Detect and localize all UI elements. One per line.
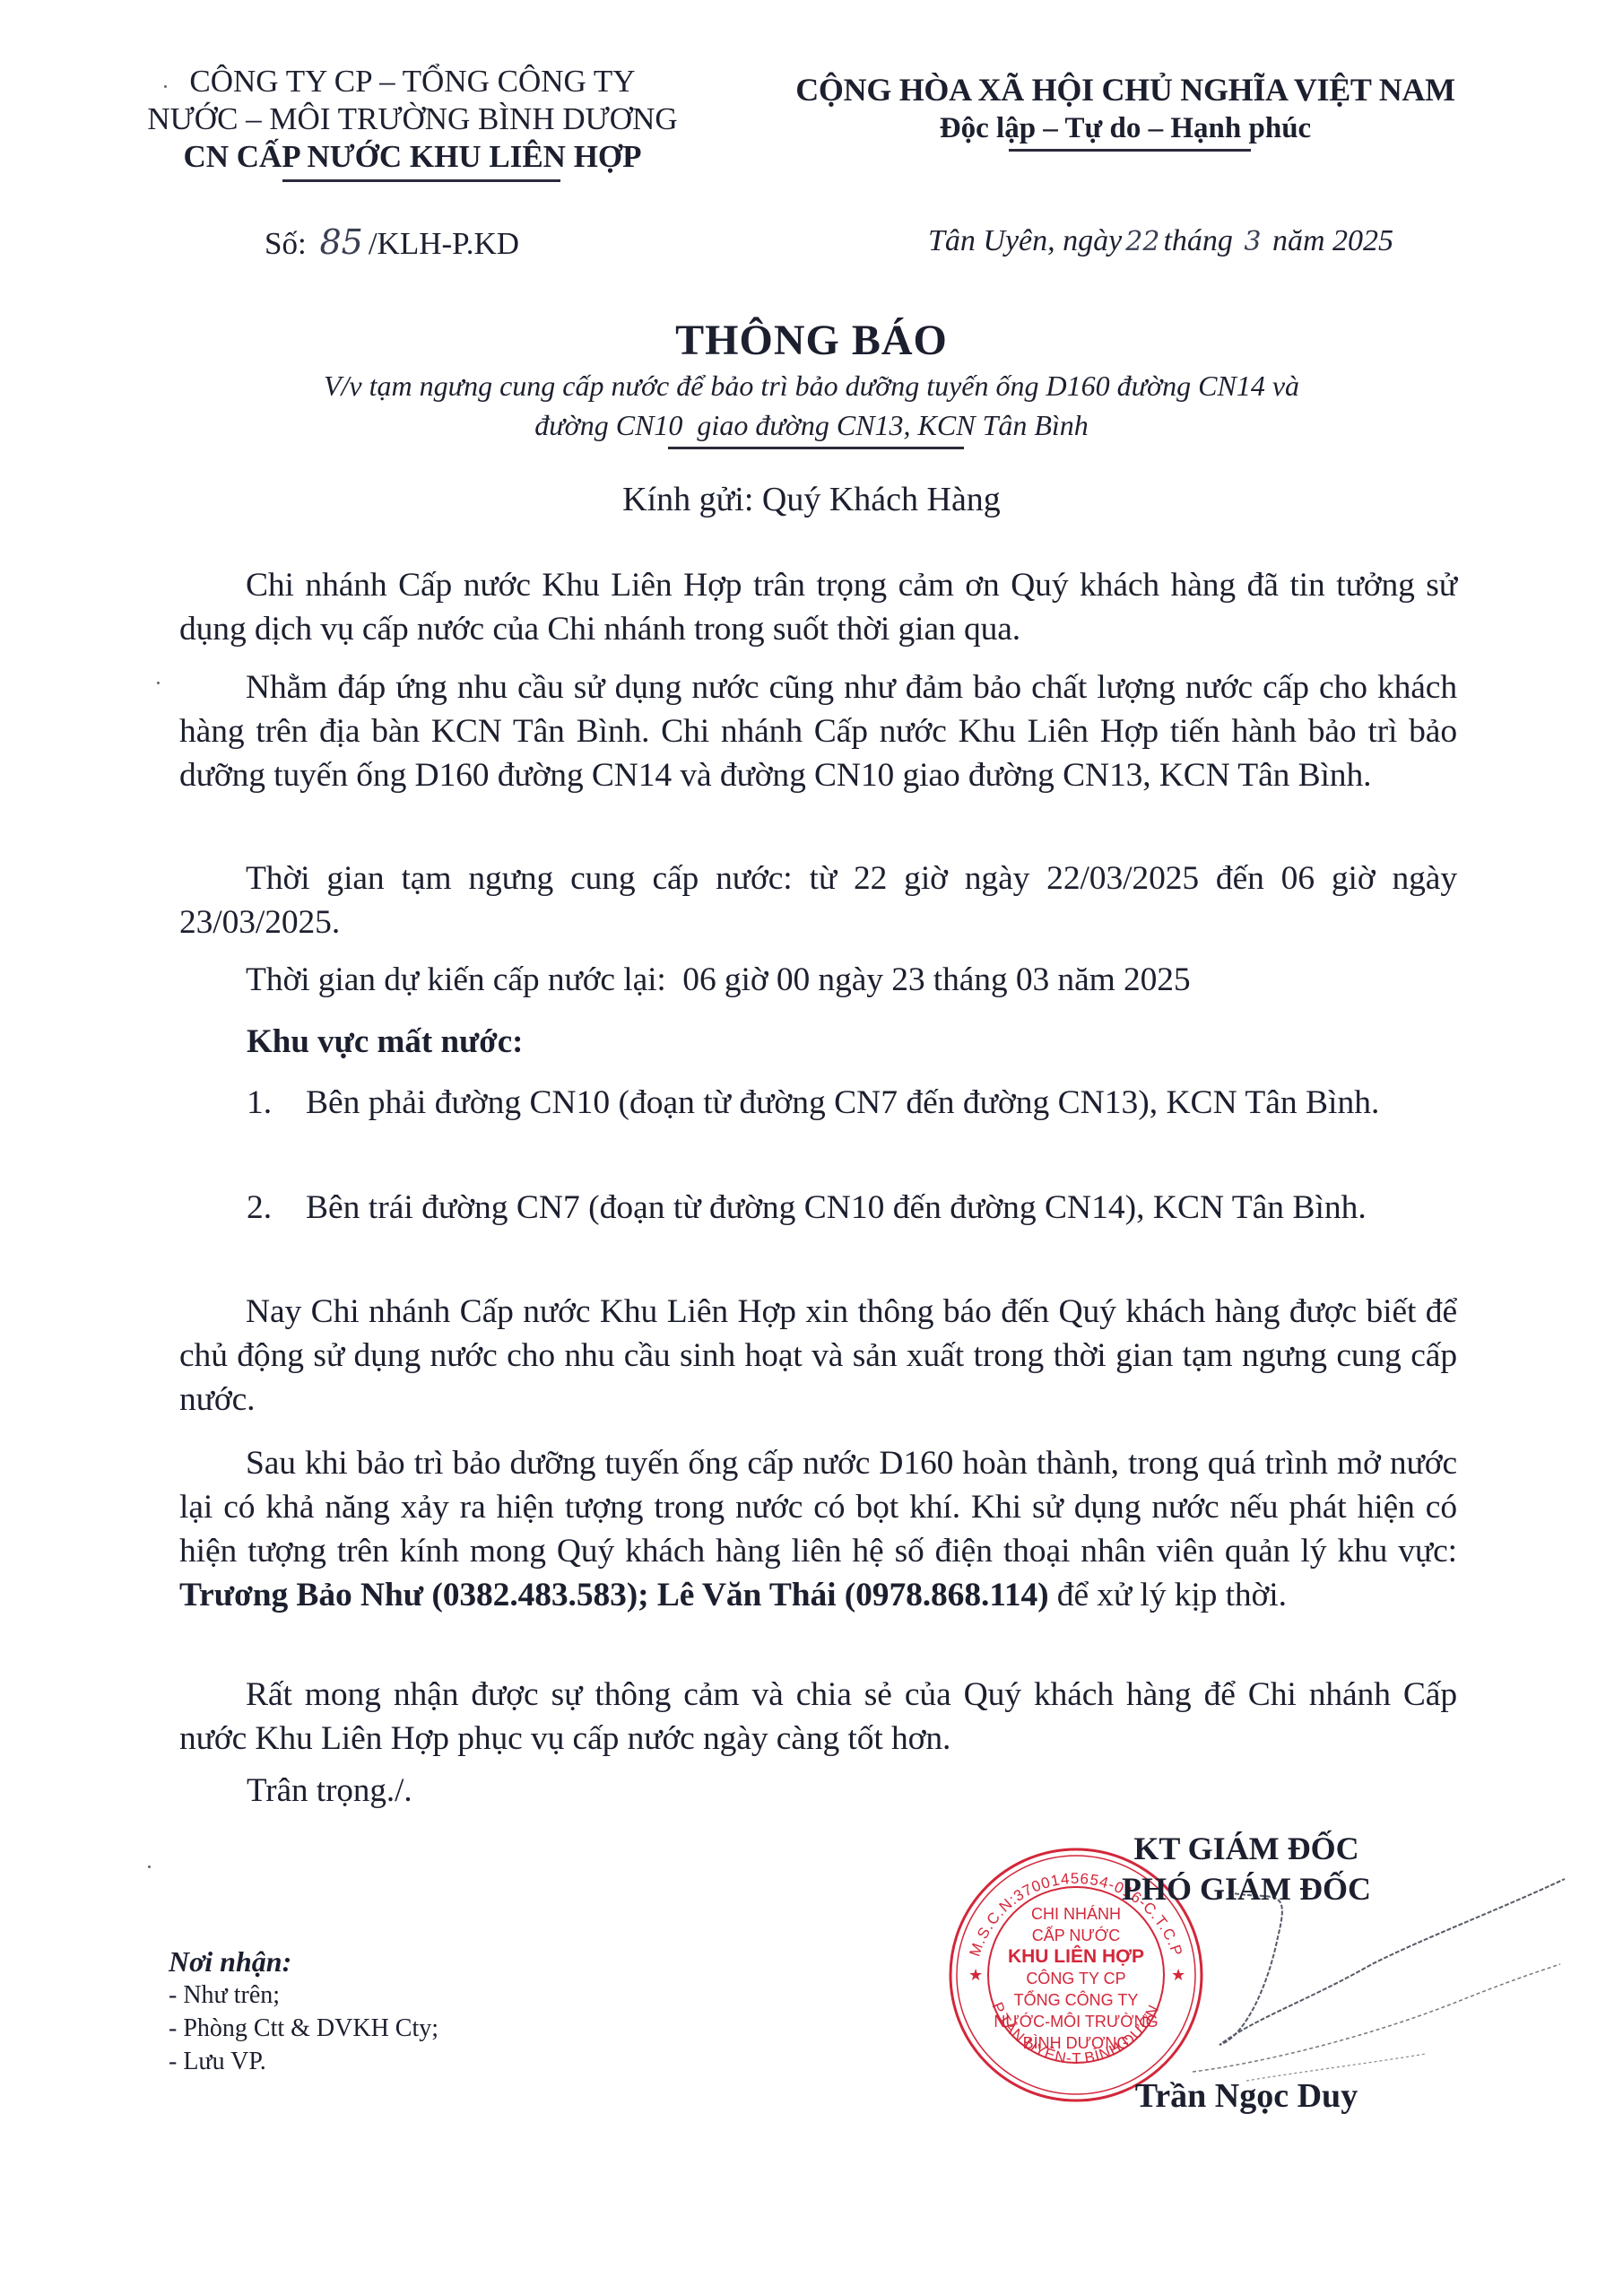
svg-text:KHU LIÊN HỢP: KHU LIÊN HỢP (1008, 1945, 1144, 1967)
signer-title-1: KT GIÁM ĐỐC (1022, 1830, 1471, 1867)
motto-underline (1009, 149, 1251, 152)
subject-line-2: đường CN10 giao đường CN13, KCN Tân Bình (269, 405, 1354, 445)
handwritten-number: 85 (319, 222, 362, 262)
org-line-3: CN CẤP NƯỚC KHU LIÊN HỢP (117, 138, 708, 176)
date-place: Tân Uyên, ngày (928, 224, 1122, 257)
item-text: Bên trái đường CN7 (đoạn từ đường CN10 đ… (306, 1186, 1457, 1230)
affected-area-heading: Khu vực mất nước: (247, 1022, 523, 1061)
document-date: Tân Uyên, ngày22tháng 3 năm 2025 (928, 224, 1393, 258)
paragraph-contact: Sau khi bảo trì bảo dưỡng tuyến ống cấp … (179, 1441, 1457, 1617)
item-number: 2. (247, 1186, 272, 1230)
subject-underline (668, 447, 964, 449)
handwritten-day: 22 (1125, 226, 1159, 257)
svg-text:★: ★ (968, 1966, 983, 1985)
paragraph-restore-time: Thời gian dự kiến cấp nước lại: 06 giờ 0… (179, 958, 1457, 1002)
number-prefix: Số: (265, 226, 307, 261)
affected-area-item: 1. Bên phải đường CN10 (đoạn từ đường CN… (247, 1081, 1457, 1125)
national-motto-block: CỘNG HÒA XÃ HỘI CHỦ NGHĨA VIỆT NAM Độc l… (771, 70, 1480, 152)
org-line-1: CÔNG TY CP – TỔNG CÔNG TY (117, 63, 708, 100)
recipients-heading: Nơi nhận: (169, 1944, 438, 1979)
svg-text:BÌNH DƯƠNG: BÌNH DƯƠNG (1023, 2034, 1130, 2052)
recipient-item: - Lưu VP. (169, 2045, 438, 2078)
paragraph-thanks: Chi nhánh Cấp nước Khu Liên Hợp trân trọ… (179, 563, 1457, 651)
document-subject: V/v tạm ngưng cung cấp nước để bảo trì b… (269, 366, 1354, 445)
paragraph-closing-wish: Rất mong nhận được sự thông cảm và chia … (179, 1673, 1457, 1761)
svg-text:TỔNG CÔNG TY: TỔNG CÔNG TY (1014, 1990, 1139, 2009)
contact-persons: Trương Bảo Như (0382.483.583); Lê Văn Th… (179, 1577, 1049, 1613)
contact-tail: để xử lý kịp thời. (1049, 1577, 1287, 1613)
svg-text:CẤP NƯỚC: CẤP NƯỚC (1032, 1926, 1121, 1944)
recipient-item: - Như trên; (169, 1979, 438, 2012)
svg-text:CÔNG TY CP: CÔNG TY CP (1026, 1969, 1125, 1987)
item-number: 1. (247, 1081, 272, 1125)
paragraph-notice: Nay Chi nhánh Cấp nước Khu Liên Hợp xin … (179, 1290, 1457, 1422)
signer-title-2: PHÓ GIÁM ĐỐC (1022, 1870, 1471, 1908)
svg-text:★: ★ (1171, 1966, 1185, 1985)
org-line-2: NƯỚC – MÔI TRƯỜNG BÌNH DƯƠNG (117, 100, 708, 138)
subject-line-1: V/v tạm ngưng cung cấp nước để bảo trì b… (269, 366, 1354, 405)
issuing-organization-block: CÔNG TY CP – TỔNG CÔNG TY NƯỚC – MÔI TRƯ… (117, 63, 708, 182)
org-underline (282, 179, 560, 182)
svg-text:CHI NHÁNH: CHI NHÁNH (1031, 1905, 1121, 1923)
affected-area-item: 2. Bên trái đường CN7 (đoạn từ đường CN1… (247, 1186, 1457, 1230)
closing-phrase: Trân trọng./. (247, 1771, 412, 1810)
number-suffix: /KLH-P.KD (369, 226, 519, 261)
recipient-item: - Phòng Ctt & DVKH Cty; (169, 2012, 438, 2045)
handwritten-month: 3 (1244, 226, 1261, 257)
document-title: THÔNG BÁO (269, 316, 1354, 365)
date-month-label: tháng (1163, 224, 1232, 257)
paragraph-outage-time: Thời gian tạm ngưng cung cấp nước: từ 22… (179, 857, 1457, 944)
salutation: Kính gửi: Quý Khách Hàng (269, 480, 1354, 519)
svg-text:NƯỚC-MÔI TRƯỜNG: NƯỚC-MÔI TRƯỜNG (994, 2012, 1158, 2031)
nation-motto: Độc lập – Tự do – Hạnh phúc (771, 109, 1480, 147)
document-number: Số: 85/KLH-P.KD (265, 222, 519, 262)
recipients-block: Nơi nhận: - Như trên; - Phòng Ctt & DVKH… (169, 1944, 438, 2078)
scan-speck (148, 1865, 151, 1868)
date-year: năm 2025 (1272, 224, 1393, 257)
scan-speck (164, 85, 167, 88)
signer-name: Trần Ngọc Duy (1022, 2076, 1471, 2116)
item-text: Bên phải đường CN10 (đoạn từ đường CN7 đ… (306, 1081, 1457, 1125)
contact-text: Sau khi bảo trì bảo dưỡng tuyến ống cấp … (179, 1445, 1457, 1570)
scan-speck (157, 682, 160, 684)
nation-name: CỘNG HÒA XÃ HỘI CHỦ NGHĨA VIỆT NAM (771, 70, 1480, 109)
paragraph-purpose: Nhằm đáp ứng nhu cầu sử dụng nước cũng n… (179, 665, 1457, 797)
